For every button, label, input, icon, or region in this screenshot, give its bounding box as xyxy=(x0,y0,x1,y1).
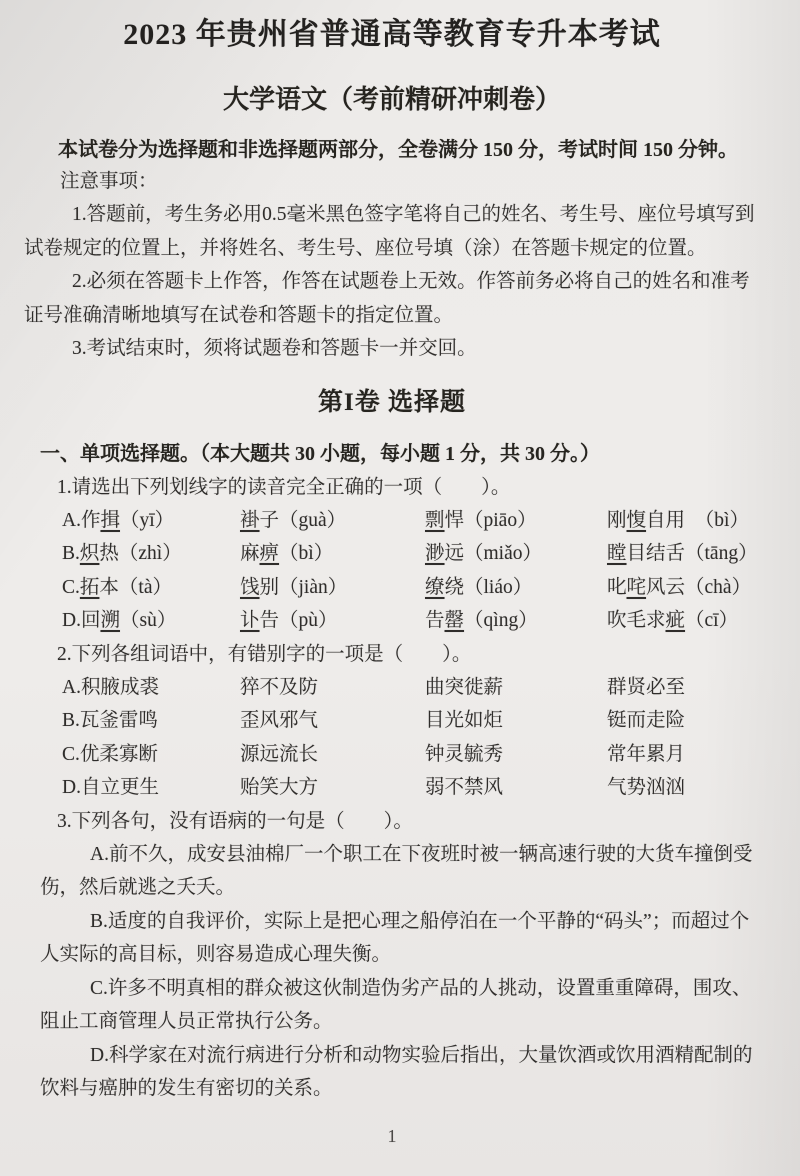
option-cell: 讣告（pù） xyxy=(240,604,425,638)
option-cell: 歪风邪气 xyxy=(240,704,425,738)
option-cell: A.积腋成裘 xyxy=(62,671,240,705)
option-cell: C.拓本（tà） xyxy=(62,571,240,605)
option-cell: 猝不及防 xyxy=(240,671,425,705)
exam-intro: 本试卷分为选择题和非选择题两部分，全卷满分 150 分，考试时间 150 分钟。 xyxy=(58,134,760,166)
page-title: 2023 年贵州省普通高等教育专升本考试 xyxy=(24,12,760,58)
question-1-option-row-d: D.回溯（sù） 讣告（pù） 告罄（qìng） 吹毛求疵（cī） xyxy=(62,604,760,638)
notice-heading: 注意事项： xyxy=(60,166,760,198)
option-cell: 饯别（jiàn） xyxy=(240,571,425,605)
option-cell: 剽悍（piāo） xyxy=(425,504,607,538)
question-1-option-row-a: A.作揖（yī） 褂子（guà） 剽悍（piāo） 刚愎自用 （bì） xyxy=(62,504,760,538)
page-subtitle: 大学语文（考前精研冲刺卷） xyxy=(24,82,760,118)
option-cell: 钟灵毓秀 xyxy=(425,738,607,772)
notice-item-2: 2.必须在答题卡上作答，作答在试题卷上无效。作答前务必将自己的姓名和准考证号准确… xyxy=(24,265,760,332)
question-3-option-c: C.许多不明真相的群众被这伙制造伪劣产品的人挑动，设置重重障碍，围攻、阻止工商管… xyxy=(40,972,760,1039)
option-cell: 常年累月 xyxy=(607,738,760,772)
question-3-option-b: B.适度的自我评价，实际上是把心理之船停泊在一个平静的“码头”；而超过个人实际的… xyxy=(40,905,760,972)
question-2-option-row-d: D.自立更生 贻笑大方 弱不禁风 气势汹汹 xyxy=(62,771,760,805)
option-cell: 群贤必至 xyxy=(607,671,760,705)
question-2-option-row-b: B.瓦釜雷鸣 歪风邪气 目光如炬 铤而走险 xyxy=(62,704,760,738)
question-2-option-row-c: C.优柔寡断 源远流长 钟灵毓秀 常年累月 xyxy=(62,738,760,772)
option-cell: 麻痹（bì） xyxy=(240,537,425,571)
question-1-stem: 1.请选出下列划线字的读音完全正确的一项（ ）。 xyxy=(57,471,760,504)
question-3-option-d: D.科学家在对流行病进行分析和动物实验后指出，大量饮酒或饮用酒精配制的饮料与癌肿… xyxy=(40,1039,760,1106)
option-cell: C.优柔寡断 xyxy=(62,738,240,772)
option-cell: 渺远（miǎo） xyxy=(425,537,607,571)
option-cell: D.回溯（sù） xyxy=(62,604,240,638)
question-1-option-row-b: B.炽热（zhì） 麻痹（bì） 渺远（miǎo） 瞠目结舌（tāng） xyxy=(62,537,760,571)
option-cell: B.瓦釜雷鸣 xyxy=(62,704,240,738)
option-cell: 目光如炬 xyxy=(425,704,607,738)
question-3-option-a: A.前不久，成安县油棉厂一个职工在下夜班时被一辆高速行驶的大货车撞倒受伤，然后就… xyxy=(40,838,760,905)
option-cell: 源远流长 xyxy=(240,738,425,772)
question-1-option-row-c: C.拓本（tà） 饯别（jiàn） 缭绕（liáo） 叱咤风云（chà） xyxy=(62,571,760,605)
option-cell: D.自立更生 xyxy=(62,771,240,805)
option-cell: 褂子（guà） xyxy=(240,504,425,538)
option-cell: 吹毛求疵（cī） xyxy=(607,604,760,638)
option-cell: 铤而走险 xyxy=(607,704,760,738)
option-cell: 告罄（qìng） xyxy=(425,604,607,638)
option-cell: 叱咤风云（chà） xyxy=(607,571,760,605)
option-cell: B.炽热（zhì） xyxy=(62,537,240,571)
notice-item-1: 1.答题前，考生务必用0.5毫米黑色签字笔将自己的姓名、考生号、座位号填写到试卷… xyxy=(24,198,760,265)
exam-paper-page: 2023 年贵州省普通高等教育专升本考试 大学语文（考前精研冲刺卷） 本试卷分为… xyxy=(0,0,800,1176)
option-cell: 缭绕（liáo） xyxy=(425,571,607,605)
option-cell: 气势汹汹 xyxy=(607,771,760,805)
option-cell: 刚愎自用 （bì） xyxy=(607,504,760,538)
option-cell: 瞠目结舌（tāng） xyxy=(607,537,760,571)
question-3-stem: 3.下列各句，没有语病的一句是（ ）。 xyxy=(57,805,760,838)
option-cell: A.作揖（yī） xyxy=(62,504,240,538)
notice-item-3: 3.考试结束时，须将试题卷和答题卡一并交回。 xyxy=(24,332,760,366)
question-2-option-row-a: A.积腋成裘 猝不及防 曲突徙薪 群贤必至 xyxy=(62,671,760,705)
option-cell: 曲突徙薪 xyxy=(425,671,607,705)
option-cell: 贻笑大方 xyxy=(240,771,425,805)
part-heading: 第I卷 选择题 xyxy=(24,382,760,424)
question-2-stem: 2.下列各组词语中，有错别字的一项是（ ）。 xyxy=(57,638,760,671)
page-number: 1 xyxy=(24,1124,760,1148)
section-heading: 一、单项选择题。（本大题共 30 小题，每小题 1 分，共 30 分。） xyxy=(40,438,760,471)
option-cell: 弱不禁风 xyxy=(425,771,607,805)
